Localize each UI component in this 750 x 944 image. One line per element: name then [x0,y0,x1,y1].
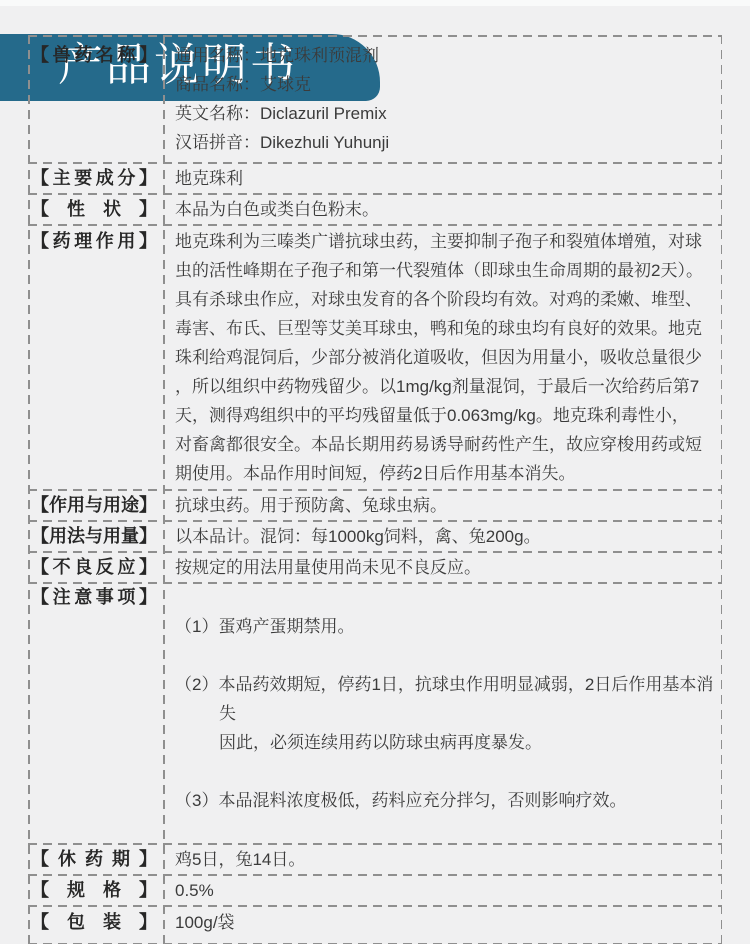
header: 产品说明书 [0,0,750,6]
row-content: 100g/袋 [163,908,722,937]
row-label: 【注意事项】 [28,583,163,612]
table-row-drug-name: 【兽药名称】 通用名称：地克珠利预混剂 商品名称：艾球克 英文名称：Diclaz… [28,35,722,163]
row-label: 【兽药名称】 [28,41,163,70]
row-label: 【包装】 [28,908,163,937]
spec-table: 【兽药名称】 通用名称：地克珠利预混剂 商品名称：艾球克 英文名称：Diclaz… [28,35,722,944]
table-row-precautions: 【注意事项】 （1）蛋鸡产蛋期禁用。 （2）本品药效期短，停药1日，抗球虫作用明… [28,583,722,844]
precaution-item: （1）蛋鸡产蛋期禁用。 [175,612,716,641]
precaution-item: （2）本品药效期短，停药1日，抗球虫作用明显减弱，2日后作用基本消失 因此，必须… [175,670,716,757]
precaution-item: （3）本品混料浓度极低，药料应充分拌匀，否则影响疗效。 [175,786,716,815]
row-label: 【性状】 [28,195,163,224]
row-content: 鸡5日，兔14日。 [163,845,722,874]
table-row-withdrawal-period: 【休药期】 鸡5日，兔14日。 [28,844,722,875]
row-label: 【药理作用】 [28,227,163,256]
row-label: 【作用与用途】 [28,491,163,520]
table-row-properties: 【性状】 本品为白色或类白色粉末。 [28,194,722,225]
table-row-main-ingredient: 【主要成分】 地克珠利 [28,163,722,194]
row-content: （1）蛋鸡产蛋期禁用。 （2）本品药效期短，停药1日，抗球虫作用明显减弱，2日后… [163,583,722,844]
row-label: 【规格】 [28,876,163,905]
content-area: 【兽药名称】 通用名称：地克珠利预混剂 商品名称：艾球克 英文名称：Diclaz… [0,6,750,944]
table-row-specification: 【规格】 0.5% [28,875,722,906]
row-label: 【不良反应】 [28,553,163,582]
table-row-function-use: 【作用与用途】 抗球虫药。用于预防禽、兔球虫病。 [28,490,722,521]
page: 产品说明书 【兽药名称】 通用名称：地克珠利预混剂 商品名称：艾球克 英文名称：… [0,0,750,944]
table-row-packaging: 【包装】 100g/袋 [28,906,722,944]
table-row-dosage: 【用法与用量】 以本品计。混饲：每1000kg饲料，禽、兔200g。 [28,521,722,552]
row-content: 地克珠利 [163,164,722,193]
table-row-pharmacology: 【药理作用】 地克珠利为三嗪类广谱抗球虫药，主要抑制子孢子和裂殖体增殖，对球 虫… [28,225,722,490]
row-label: 【用法与用量】 [28,522,163,551]
table-row-adverse-reactions: 【不良反应】 按规定的用法用量使用尚未见不良反应。 [28,552,722,583]
row-content: 本品为白色或类白色粉末。 [163,195,722,224]
row-label: 【休药期】 [28,845,163,874]
row-content: 按规定的用法用量使用尚未见不良反应。 [163,553,722,582]
row-content: 通用名称：地克珠利预混剂 商品名称：艾球克 英文名称：Diclazuril Pr… [163,41,722,157]
row-label: 【主要成分】 [28,164,163,193]
row-content: 抗球虫药。用于预防禽、兔球虫病。 [163,491,722,520]
row-content: 0.5% [163,876,722,905]
row-content: 地克珠利为三嗪类广谱抗球虫药，主要抑制子孢子和裂殖体增殖，对球 虫的活性峰期在子… [163,227,722,488]
row-content: 以本品计。混饲：每1000kg饲料，禽、兔200g。 [163,522,722,551]
